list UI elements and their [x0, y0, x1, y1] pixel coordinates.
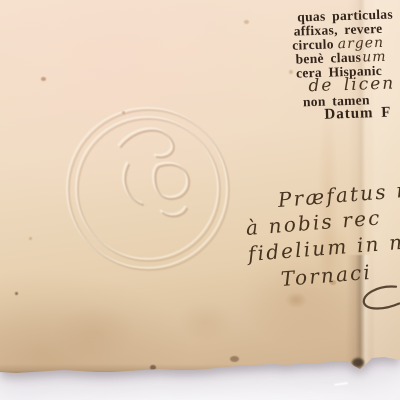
- fox-speck: [330, 280, 336, 285]
- fox-speck: [230, 356, 239, 362]
- fox-speck: [289, 70, 293, 74]
- fox-speck: [29, 237, 32, 240]
- ink-flourish-icon: [355, 283, 400, 321]
- backdrop-scratch: [334, 382, 348, 386]
- page-edge-shading: [0, 364, 400, 376]
- fox-speck: [122, 111, 125, 114]
- printed-line: Datum F: [324, 105, 392, 124]
- printed-text: Datum F: [324, 105, 392, 123]
- fox-speck: [244, 20, 249, 24]
- fold-notch: [352, 358, 364, 367]
- paper-sheet: quas particulas affixas, revere circuloa…: [0, 0, 400, 380]
- seal-motif: [119, 128, 189, 216]
- photo-backdrop: quas particulas affixas, revere circuloa…: [0, 0, 400, 400]
- paper-wrap: quas particulas affixas, revere circuloa…: [0, 0, 400, 382]
- fox-speck: [15, 292, 18, 295]
- printed-text-block: quas particulas affixas, revere circuloa…: [282, 3, 400, 138]
- fox-speck: [41, 77, 46, 81]
- embossed-seal-icon: [62, 104, 234, 274]
